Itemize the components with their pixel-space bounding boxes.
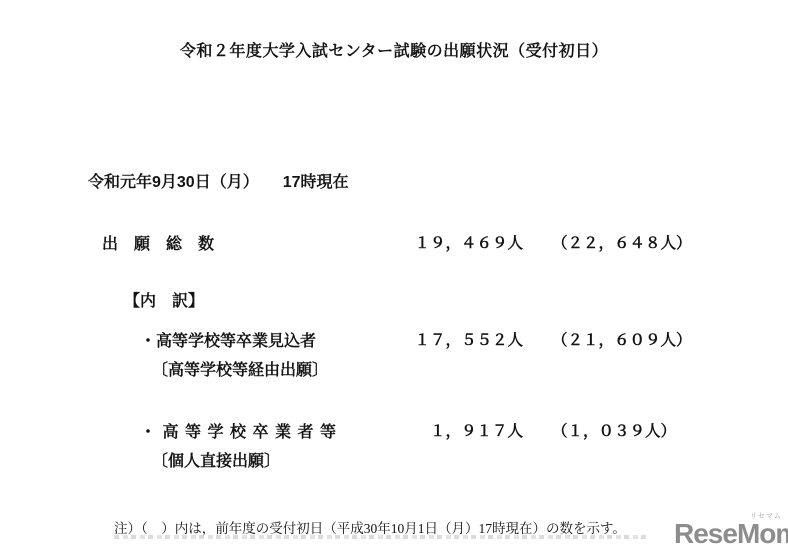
page-title: 令和２年度大学入試センター試験の出願状況（受付初日）	[0, 38, 788, 61]
expected-graduates-label: ・高等学校等卒業見込者	[140, 328, 316, 351]
expected-graduates-note: 〔高等学校等経由出願〕	[152, 357, 328, 380]
graduates-previous-year-value: （１，０３９人）	[552, 419, 676, 441]
graduates-label: ・高等学校卒業者等	[140, 419, 343, 442]
expected-graduates-row: ・高等学校等卒業見込者 １７，５５２人 （２１，６０９人）	[0, 328, 788, 350]
footnote: 注）（ ）内は，前年度の受付初日（平成30年10月1日（月）17時現在）の数を示…	[114, 517, 626, 537]
graduates-value: １，９１７人	[395, 419, 523, 441]
total-value: １９，４６９人	[395, 231, 523, 253]
resemom-watermark: リセマム ReseMom.	[672, 508, 788, 556]
expected-graduates-value: １７，５５２人	[395, 328, 523, 350]
document-page: 令和２年度大学入試センター試験の出願状況（受付初日） 令和元年9月30日（月） …	[0, 0, 788, 560]
total-applicants-row: 出 願 総 数 １９，４６９人 （２２，６４８人）	[0, 231, 788, 253]
as-of-date: 令和元年9月30日（月） 17時現在	[88, 169, 349, 192]
cropped-text-artifact	[114, 535, 646, 539]
breakdown-heading: 【内 訳】	[124, 288, 204, 311]
total-label: 出 願 総 数	[102, 231, 214, 254]
graduates-row: ・高等学校卒業者等 １，９１７人 （１，０３９人）	[0, 419, 788, 441]
expected-graduates-previous-year-value: （２１，６０９人）	[552, 328, 692, 350]
resemom-logo: ReseMom.	[674, 518, 788, 550]
graduates-note: 〔個人直接出願〕	[152, 448, 280, 471]
total-previous-year-value: （２２，６４８人）	[552, 231, 692, 253]
